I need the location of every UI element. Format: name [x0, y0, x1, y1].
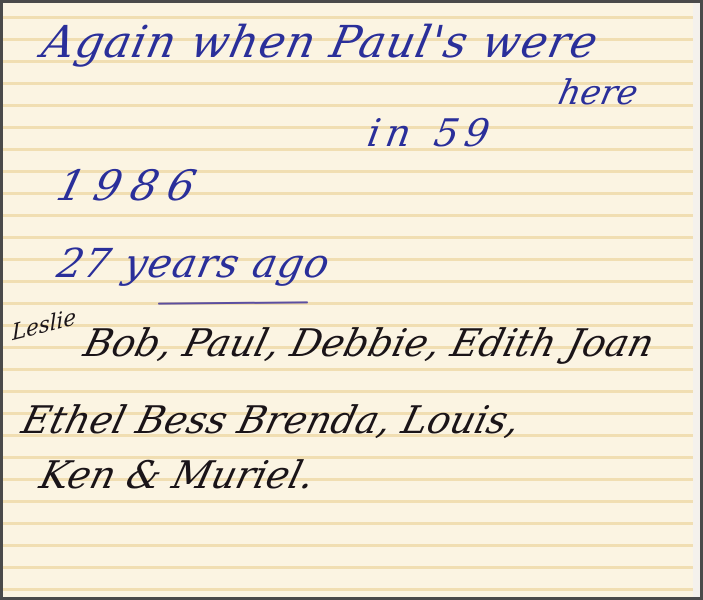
handwritten-names-line-2: Ethel Bess Brenda, Louis,: [18, 398, 525, 442]
handwritten-line-in-59: in 59: [364, 111, 499, 155]
handwritten-years-ago: 27 years ago: [53, 241, 334, 287]
handwritten-margin-note: Leslie: [12, 305, 77, 347]
handwritten-line-again-when: Again when Paul's were: [38, 17, 603, 68]
photo-frame: Again when Paul's were here in 59 1986 2…: [3, 3, 700, 597]
handwritten-year: 1986: [52, 161, 211, 210]
handwritten-names-line-1: Bob, Paul, Debbie, Edith Joan: [80, 321, 659, 365]
underline-stroke: [158, 301, 308, 304]
handwritten-names-line-3: Ken & Muriel.: [36, 453, 320, 497]
handwritten-line-here: here: [555, 73, 642, 113]
lined-paper: Again when Paul's were here in 59 1986 2…: [3, 3, 693, 597]
